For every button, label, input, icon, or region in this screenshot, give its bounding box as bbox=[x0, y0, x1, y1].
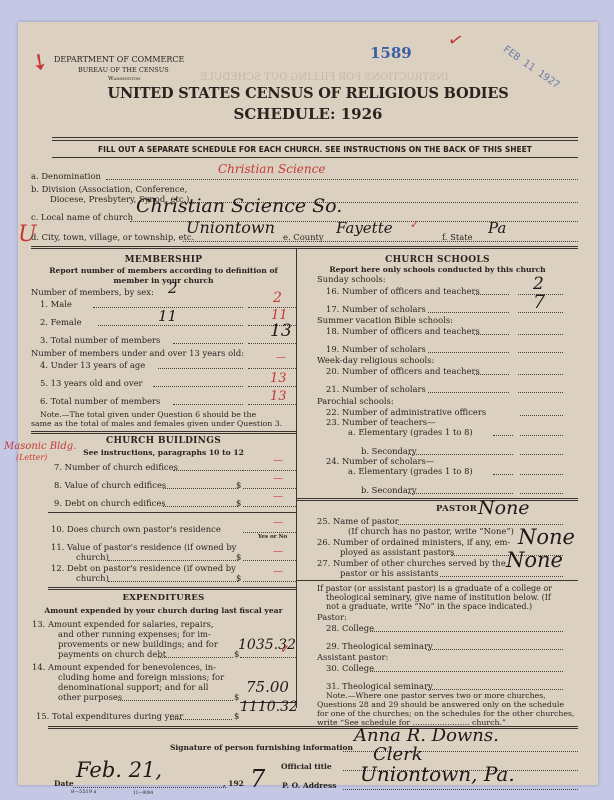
pastor-note-3: for one of the churches; on the schedule… bbox=[317, 710, 575, 718]
q26-assistant-ministers-field[interactable]: None bbox=[518, 527, 575, 548]
q12-label-2: church) bbox=[76, 574, 109, 582]
q27-other-churches-field[interactable]: None bbox=[506, 550, 563, 571]
currency-sign: $ bbox=[234, 712, 239, 720]
expenditures-subtitle: Amount expended by your church during la… bbox=[31, 607, 296, 615]
form-subtitle: SCHEDULE: 1926 bbox=[18, 105, 598, 123]
church-schools-subtitle: Report here only schools conducted by th… bbox=[297, 266, 578, 274]
q19-summer-scholars-field[interactable] bbox=[518, 352, 563, 353]
city-label: Washington bbox=[108, 77, 141, 83]
q20-label: 20. Number of officers and teachers bbox=[326, 367, 480, 375]
q27-label-2: pastor or his assistants bbox=[340, 569, 438, 577]
q28-label: 28. College bbox=[326, 624, 374, 632]
q23-label: 23. Number of teachers— bbox=[326, 418, 435, 426]
signature-label: Signature of person furnishing informati… bbox=[170, 744, 353, 752]
received-date-stamp: FEB 11 1927 bbox=[501, 44, 562, 91]
q6-label: 6. Total number of members bbox=[40, 397, 160, 405]
members-by-sex-label: Number of members, by sex: bbox=[31, 288, 154, 296]
q29-seminary-field[interactable] bbox=[426, 649, 563, 650]
city-field[interactable]: Uniontown bbox=[186, 220, 275, 236]
q27-label-1: 27. Number of other churches served by t… bbox=[317, 559, 506, 567]
date-label: Date bbox=[54, 780, 74, 788]
q8-value-field[interactable]: — bbox=[273, 474, 283, 484]
q24a-elementary-scholars-field[interactable] bbox=[520, 474, 563, 475]
division-label-1: b. Division (Association, Conference, bbox=[31, 185, 187, 193]
census-schedule-form: INSTRUCTIONS FOR FILLING OUT SCHEDULE ➘ … bbox=[18, 22, 598, 785]
q2-label: 2. Female bbox=[40, 318, 82, 326]
q13-line-3: provements or new buildings; and for bbox=[58, 640, 218, 648]
q25-pastor-name-field[interactable]: None bbox=[478, 499, 530, 518]
q16-label: 16. Number of officers and teachers bbox=[326, 287, 480, 295]
q13-line-2: and other running expenses; for im- bbox=[58, 630, 211, 638]
q14-line-4: other purposes bbox=[58, 693, 122, 701]
q30-label: 30. College bbox=[326, 664, 374, 672]
q14-line-2: cluding home and foreign missions; for bbox=[58, 673, 224, 681]
print-number: 11—9084 bbox=[133, 791, 153, 795]
date-field[interactable]: Feb. 21, bbox=[76, 760, 162, 781]
form-title: UNITED STATES CENSUS OF RELIGIOUS BODIES bbox=[18, 85, 598, 102]
q11-label-1: 11. Value of pastor's residence (if owne… bbox=[51, 543, 236, 551]
q19-label: 19. Number of scholars bbox=[326, 345, 426, 353]
membership-intro-1: Report number of members according to de… bbox=[31, 267, 296, 275]
membership-heading: MEMBERSHIP bbox=[31, 255, 296, 265]
membership-intro-2: member in your church bbox=[31, 277, 296, 285]
q22-admin-officers-field[interactable] bbox=[520, 415, 563, 416]
pastor-subheading: Pastor: bbox=[317, 613, 347, 621]
q14-line-1: 14. Amount expended for benevolences, in… bbox=[32, 663, 216, 671]
county-field[interactable]: Fayette bbox=[336, 221, 393, 236]
local-name-field[interactable]: Christian Science So. bbox=[136, 197, 342, 216]
q29-label: 29. Theological seminary bbox=[326, 642, 433, 650]
q1-label: 1. Male bbox=[40, 300, 72, 308]
q9-label: 9. Debt on church edifices bbox=[54, 499, 166, 507]
city-label: d. City, town, village, or township, etc… bbox=[31, 233, 194, 241]
red-check-mark-icon: ✓ bbox=[280, 642, 290, 656]
q17-label: 17. Number of scholars bbox=[326, 305, 426, 313]
q4-label: 4. Under 13 years of age bbox=[40, 361, 145, 369]
membership-note-1: Note.—The total given under Question 6 s… bbox=[40, 411, 256, 419]
q12-label-1: 12. Debt on pastor's residence (if owned… bbox=[51, 564, 236, 572]
ghost-reverse-text: INSTRUCTIONS FOR FILLING OUT SCHEDULE bbox=[200, 72, 449, 83]
pastor-note-2: Questions 28 and 29 should be answered o… bbox=[317, 701, 564, 709]
q4-under13-field[interactable]: — bbox=[276, 353, 286, 363]
q7-label: 7. Number of church edifices bbox=[54, 463, 178, 471]
q13-line-1: 13. Amount expended for salaries, repair… bbox=[32, 620, 214, 628]
currency-sign: $ bbox=[236, 499, 241, 507]
grad-note-1: If pastor (or assistant pastor) is a gra… bbox=[317, 585, 552, 593]
expenditures-heading: EXPENDITURES bbox=[31, 593, 296, 603]
year-field[interactable]: 7 bbox=[250, 767, 265, 791]
q17-sunday-scholars-field[interactable]: 7 bbox=[533, 293, 545, 312]
pastor-note-1: Note.—Where one pastor serves two or mor… bbox=[326, 692, 546, 700]
q9-debt-field[interactable]: — bbox=[273, 492, 283, 502]
po-address-label: P. O. Address bbox=[282, 782, 336, 790]
q23b-secondary-teachers-field[interactable] bbox=[520, 454, 563, 455]
q23a-elementary-teachers-field[interactable] bbox=[520, 435, 563, 436]
assistant-pastor-subheading: Assistant pastor: bbox=[317, 653, 388, 661]
official-title-label: Official title bbox=[281, 763, 332, 771]
church-schools-heading: CHURCH SCHOOLS bbox=[297, 255, 578, 265]
q10-owns-residence-field[interactable]: — bbox=[273, 518, 283, 528]
membership-note-2: same as the total of males and females g… bbox=[31, 420, 282, 428]
local-name-label: c. Local name of church bbox=[31, 213, 133, 221]
red-check-mark-icon: ✓ bbox=[446, 28, 466, 52]
red-check-arrow-icon: ➘ bbox=[24, 47, 53, 78]
q22-label: 22. Number of administrative officers bbox=[326, 408, 486, 416]
po-address-field[interactable]: Uniontown, Pa. bbox=[360, 764, 515, 784]
grad-note-2: theological seminary, give name of insti… bbox=[326, 594, 551, 602]
q5-label: 5. 13 years old and over bbox=[40, 379, 143, 387]
red-check-mark-icon: ✓ bbox=[410, 218, 419, 231]
q3-label: 3. Total number of members bbox=[40, 336, 160, 344]
grad-note-3: not a graduate, write “No” in the space … bbox=[326, 603, 532, 611]
q24-label: 24. Number of scholars— bbox=[326, 457, 434, 465]
denomination-field[interactable]: Christian Science bbox=[218, 163, 325, 175]
q1-male-field[interactable]: 2 bbox=[273, 291, 282, 305]
q25-label: 25. Name of pastor bbox=[317, 517, 399, 525]
by-sex-draft-note: 2 bbox=[168, 281, 178, 296]
instruction-bar: FILL OUT A SEPARATE SCHEDULE FOR EACH CH… bbox=[52, 145, 578, 154]
q6-total-field[interactable]: 13 bbox=[270, 390, 287, 403]
q11-residence-value-field[interactable]: — bbox=[273, 547, 283, 557]
q14-line-3: denominational support; and for all bbox=[58, 683, 208, 691]
q31-label: 31. Theological seminary bbox=[326, 682, 433, 690]
bureau-label: BUREAU OF THE CENSUS bbox=[78, 67, 169, 74]
form-number: 8—5519 a bbox=[71, 790, 96, 795]
q2-female-draft: 11 bbox=[158, 309, 177, 324]
q5-13andover-field[interactable]: 13 bbox=[270, 372, 287, 385]
q26-label-2: ployed as assistant pastors bbox=[340, 548, 454, 556]
q13-line-4: payments on church debt bbox=[58, 650, 166, 658]
q18-summer-officers-field[interactable] bbox=[518, 334, 563, 335]
weekday-schools-label: Week-day religious schools: bbox=[317, 356, 434, 364]
q15-total-field[interactable]: 1110.32 bbox=[240, 700, 298, 714]
sunday-schools-label: Sunday schools: bbox=[317, 275, 386, 283]
pastor-heading: PASTOR bbox=[436, 504, 477, 514]
q24a-label: a. Elementary (grades 1 to 8) bbox=[348, 467, 473, 475]
q15-label: 15. Total expenditures during year bbox=[36, 712, 183, 720]
state-field[interactable]: Pa bbox=[488, 221, 506, 236]
summer-schools-label: Summer vacation Bible schools: bbox=[317, 316, 453, 324]
currency-sign: $ bbox=[236, 553, 241, 561]
department-label: DEPARTMENT OF COMMERCE bbox=[54, 56, 184, 64]
signature-field[interactable]: Anna R. Downs. bbox=[354, 727, 499, 745]
q21-label: 21. Number of scholars bbox=[326, 385, 426, 393]
q18-label: 18. Number of officers and teachers bbox=[326, 327, 480, 335]
q12-residence-debt-field[interactable]: — bbox=[273, 567, 283, 577]
q31-seminary-field[interactable] bbox=[426, 689, 563, 690]
parochial-schools-label: Parochial schools: bbox=[317, 397, 394, 405]
q7-edifices-field[interactable]: — bbox=[273, 456, 283, 466]
q30-college-field[interactable] bbox=[370, 671, 563, 672]
q11-label-2: church) bbox=[76, 553, 109, 561]
q23a-label: a. Elementary (grades 1 to 8) bbox=[348, 428, 473, 436]
q8-label: 8. Value of church edifices bbox=[54, 481, 166, 489]
q14-amount-field[interactable]: 75.00 bbox=[246, 680, 289, 695]
currency-sign: $ bbox=[234, 693, 239, 701]
yes-or-no-hint: Yes or No bbox=[258, 535, 287, 541]
q26-label-1: 26. Number of ordained ministers, if any… bbox=[317, 538, 510, 546]
age-group-label: Number of members under and over 13 year… bbox=[31, 349, 244, 357]
q20-weekday-officers-field[interactable] bbox=[518, 374, 563, 375]
margin-note-masonic: Masonic Bldg. bbox=[4, 442, 76, 452]
q10-label: 10. Does church own pastor's residence bbox=[51, 525, 221, 533]
q25-hint: (If church has no pastor, write “None”) bbox=[348, 527, 514, 535]
q21-weekday-scholars-field[interactable] bbox=[518, 392, 563, 393]
q3-total-field[interactable]: 13 bbox=[270, 323, 292, 340]
q24b-secondary-scholars-field[interactable] bbox=[520, 493, 563, 494]
serial-number-stamp: 1589 bbox=[370, 44, 412, 62]
q28-college-field[interactable] bbox=[370, 631, 563, 632]
margin-note-letter: (Letter) bbox=[16, 454, 47, 462]
currency-sign: $ bbox=[236, 574, 241, 582]
denomination-label: a. Denomination bbox=[31, 172, 101, 180]
year-prefix: , 192 bbox=[223, 780, 244, 788]
currency-sign: $ bbox=[236, 481, 241, 489]
